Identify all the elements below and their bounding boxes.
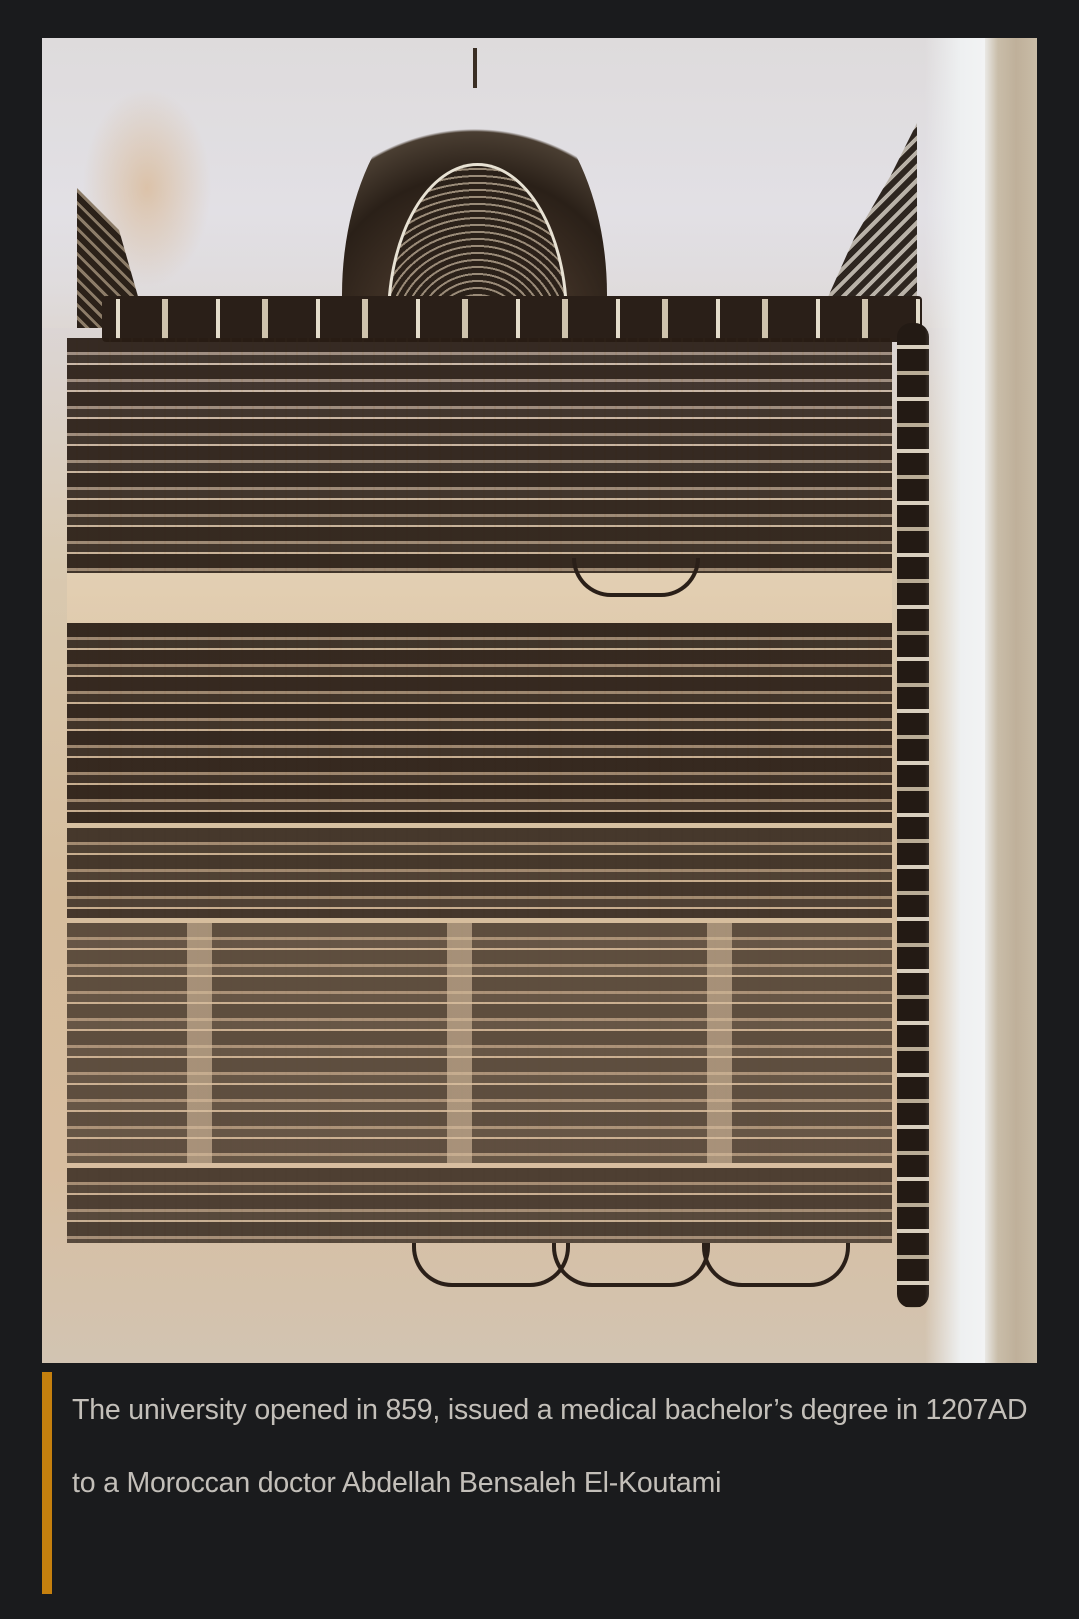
signature-flourish xyxy=(552,1243,710,1287)
top-decorative-border xyxy=(102,296,922,342)
manuscript-text-block-5 xyxy=(67,1168,892,1243)
page-margin xyxy=(925,38,985,1363)
book-page-edge xyxy=(985,38,1037,1363)
signature-flourish xyxy=(412,1243,570,1287)
manuscript-photo xyxy=(42,38,1037,1363)
caption-text: The university opened in 859, issued a m… xyxy=(72,1374,1032,1520)
signature-flourish xyxy=(572,558,700,597)
caption-blockquote: The university opened in 859, issued a m… xyxy=(42,1372,1037,1594)
quote-accent-bar xyxy=(42,1372,52,1594)
manuscript-text-block-1 xyxy=(67,338,892,573)
signature-flourish xyxy=(702,1243,850,1287)
manuscript-blank-gap xyxy=(67,573,892,623)
manuscript-text-block-4 xyxy=(67,923,892,1163)
manuscript-text-block-2 xyxy=(67,623,892,823)
manuscript-text-block-3 xyxy=(67,828,892,918)
